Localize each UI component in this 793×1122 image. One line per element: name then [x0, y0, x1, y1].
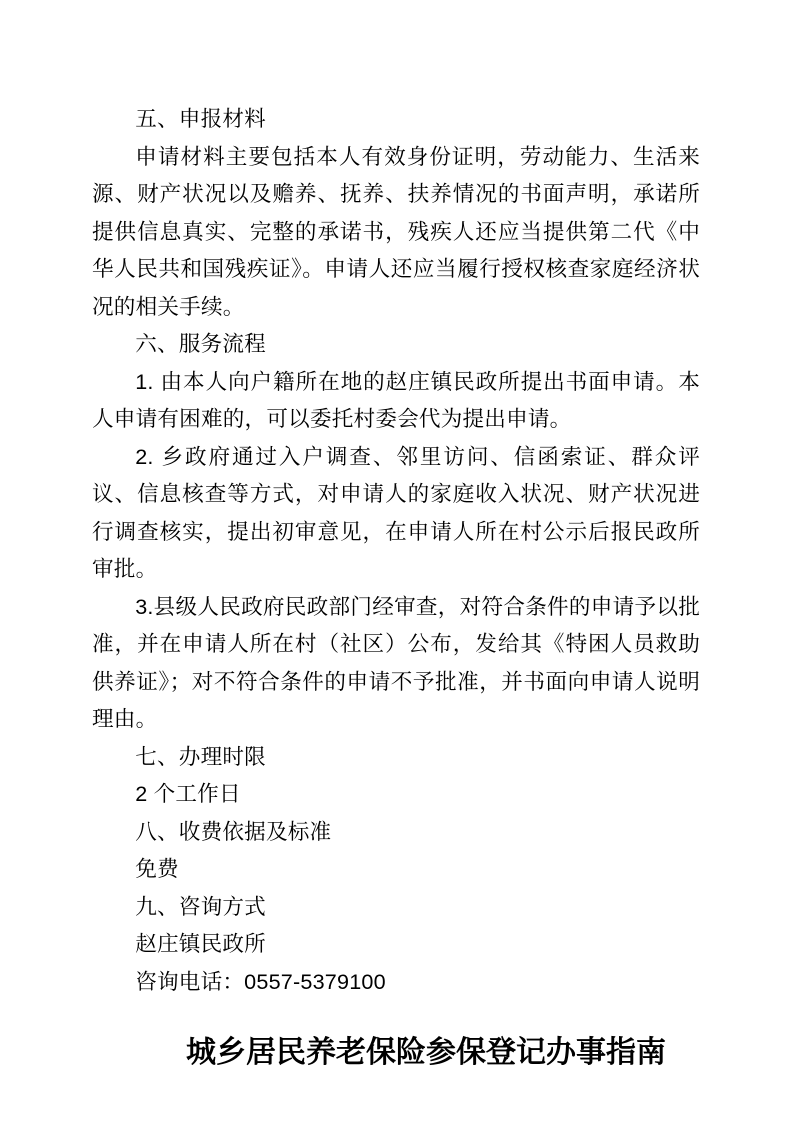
section-heading: 八、收费依据及标准 — [92, 813, 700, 851]
paragraph: 赵庄镇民政所 — [92, 925, 700, 963]
section-service-process: 六、服务流程 1. 由本人向户籍所在地的赵庄镇民政所提出书面申请。本人申请有困难… — [92, 325, 700, 738]
section-heading: 六、服务流程 — [92, 325, 700, 363]
section-application-materials: 五、申报材料 申请材料主要包括本人有效身份证明，劳动能力、生活来源、财产状况以及… — [92, 100, 700, 325]
document-page: 五、申报材料 申请材料主要包括本人有效身份证明，劳动能力、生活来源、财产状况以及… — [0, 0, 793, 1122]
paragraph: 免费 — [92, 850, 700, 888]
paragraph: 2 个工作日 — [92, 775, 700, 813]
paragraph: 3.县级人民政府民政部门经审查，对符合条件的申请予以批准，并在申请人所在村（社区… — [92, 588, 700, 738]
section-heading: 五、申报材料 — [92, 100, 700, 138]
section-processing-time-limit: 七、办理时限 2 个工作日 — [92, 738, 700, 813]
next-guide-title: 城乡居民养老保险参保登记办事指南 — [92, 1030, 700, 1075]
paragraph: 1. 由本人向户籍所在地的赵庄镇民政所提出书面申请。本人申请有困难的，可以委托村… — [92, 363, 700, 438]
section-heading: 九、咨询方式 — [92, 888, 700, 926]
section-fee-basis-and-standard: 八、收费依据及标准 免费 — [92, 813, 700, 888]
paragraph: 申请材料主要包括本人有效身份证明，劳动能力、生活来源、财产状况以及赡养、抚养、扶… — [92, 138, 700, 326]
paragraph: 2. 乡政府通过入户调查、邻里访问、信函索证、群众评议、信息核查等方式，对申请人… — [92, 438, 700, 588]
section-consultation-method: 九、咨询方式 赵庄镇民政所 咨询电话：0557-5379100 — [92, 888, 700, 1001]
paragraph-phone: 咨询电话：0557-5379100 — [92, 963, 700, 1001]
section-heading: 七、办理时限 — [92, 738, 700, 776]
